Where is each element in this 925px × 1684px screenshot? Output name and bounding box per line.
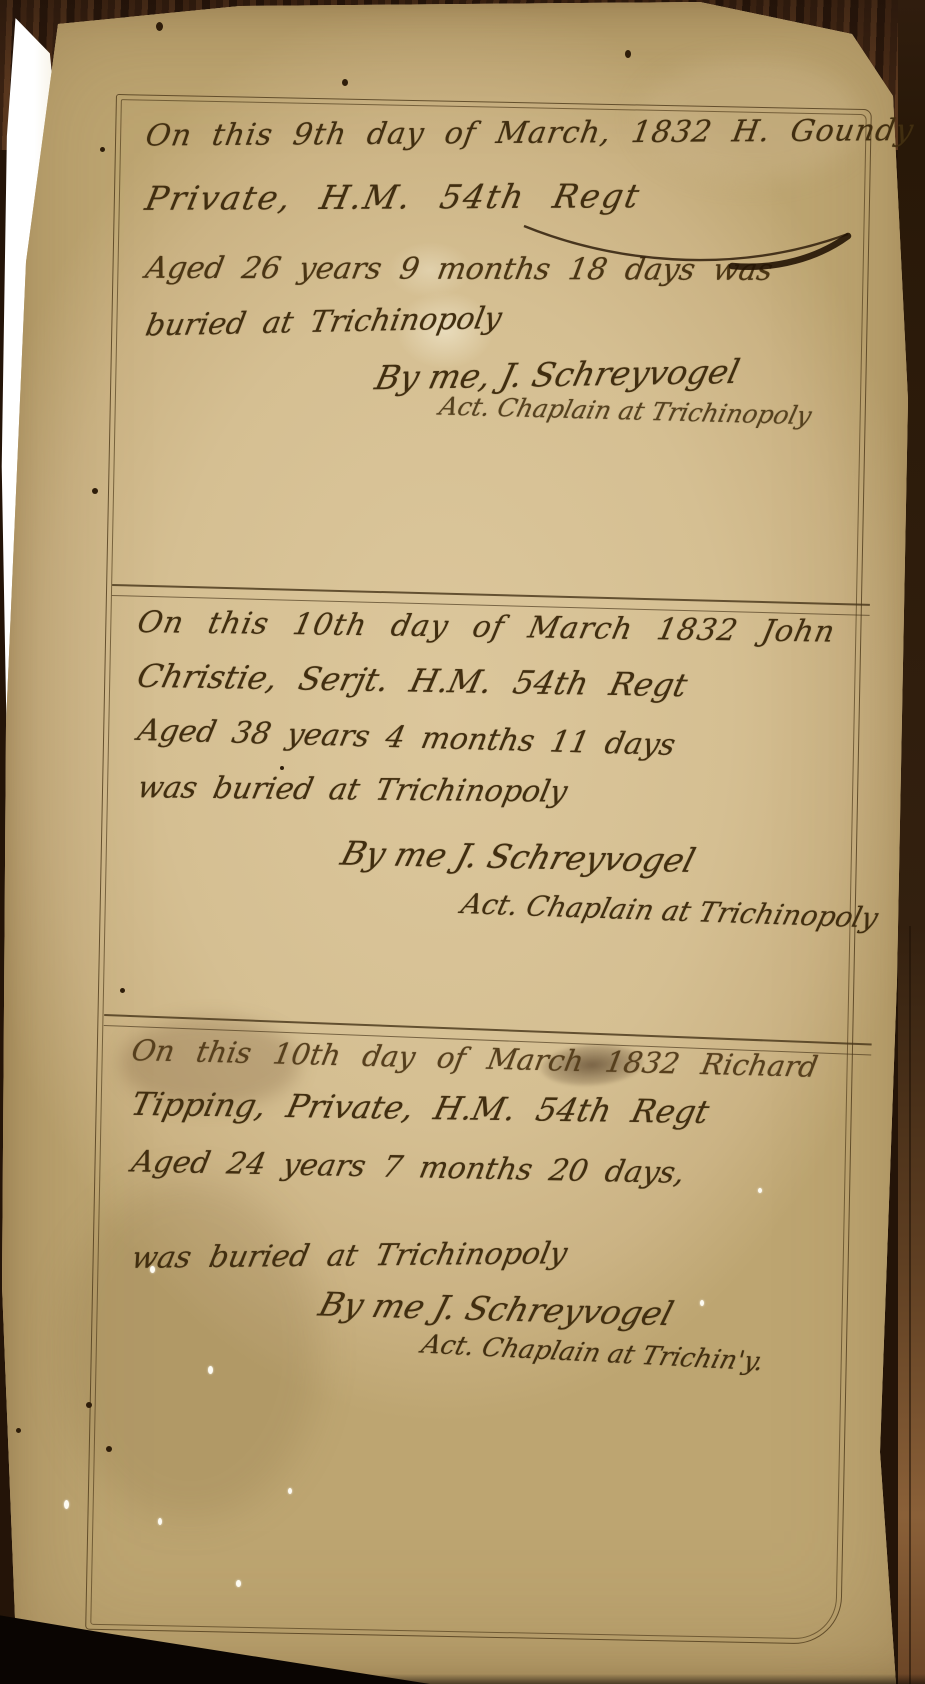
entry-line: By me J. Schreyvogel	[315, 1285, 866, 1339]
desk-shadow-strip	[0, 1674, 925, 1684]
entry-line: was buried at Trichinopoly	[128, 1233, 863, 1276]
ink-speck	[16, 1428, 21, 1433]
register-photo: On this 9th day of March, 1832 H. Goundy…	[0, 0, 925, 1684]
entry-line: Aged 38 years 4 months 11 days	[135, 713, 860, 768]
paper-speck	[64, 1500, 69, 1509]
entry-line: Christie, Serjt. H.M. 54th Regt	[134, 657, 861, 707]
page-stack-line	[909, 926, 911, 1684]
entry-line: On this 9th day of March, 1832 H. Goundy	[143, 113, 861, 153]
pen-flourish	[518, 216, 854, 286]
paper-speck	[150, 1266, 155, 1273]
paper-speck	[158, 1518, 162, 1525]
ink-speck	[106, 1446, 112, 1452]
entry-line: Act. Chaplain at Trichinopoly	[437, 392, 862, 432]
ink-speck	[92, 488, 98, 494]
entry-line: On this 10th day of March 1832 John	[134, 605, 859, 650]
burial-entry-christie: On this 10th day of March 1832 John Chri…	[138, 610, 856, 927]
book-page-stack-edge	[898, 0, 925, 1684]
paper-speck	[288, 1488, 292, 1494]
ink-speck	[100, 147, 105, 152]
ink-speck	[86, 1402, 92, 1408]
entry-line: Act. Chaplain at Trichinopoly	[458, 887, 860, 933]
entry-line: Tipping, Private, H.M. 54th Regt	[128, 1085, 865, 1133]
entry-line: By me J. Schreyvogel	[337, 834, 861, 884]
ink-speck	[625, 50, 631, 58]
paper-speck	[700, 1300, 704, 1306]
entry-line: Private, H.M. 54th Regt	[142, 175, 862, 218]
entry-line: buried at Trichinopoly	[143, 293, 862, 343]
ink-speck	[120, 988, 125, 993]
entry-line: Aged 24 years 7 months 20 days,	[129, 1144, 864, 1194]
ink-speck	[156, 22, 163, 31]
ink-speck	[342, 79, 348, 86]
paper-speck	[236, 1580, 241, 1587]
ink-speck	[280, 766, 284, 770]
burial-entry-tipping: On this 10th day of March 1832 Richard T…	[132, 1042, 860, 1371]
entry-line: By me, J. Schreyvogel	[372, 350, 863, 398]
paper-speck	[758, 1188, 762, 1193]
entry-line: was buried at Trichinopoly	[134, 770, 859, 812]
paper-speck	[208, 1366, 213, 1374]
